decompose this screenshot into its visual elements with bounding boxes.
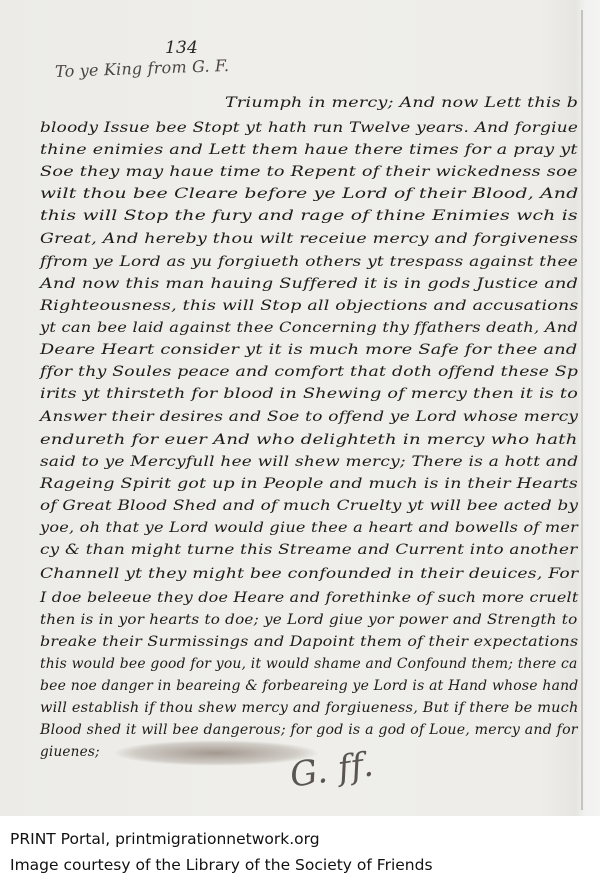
- manuscript-line: Answer their desires and Soe to offend y…: [40, 409, 578, 425]
- manuscript-line: ffor thy Soules peace and comfort that d…: [40, 364, 578, 380]
- manuscript-line: Deare Heart consider yt it is much more …: [40, 342, 577, 358]
- manuscript-line: yoe, oh that ye Lord would giue thee a h…: [40, 520, 578, 536]
- manuscript-line: will establish if thou shew mercy and fo…: [40, 700, 578, 716]
- manuscript-line: Triumph in mercy; And now Lett this b: [225, 95, 578, 111]
- manuscript-line: then is in yor hearts to doe; ye Lord gi…: [40, 612, 577, 628]
- manuscript-line: this will Stop the fury and rage of thin…: [40, 208, 578, 224]
- manuscript-line: of Great Blood Shed and of much Cruelty …: [40, 498, 578, 514]
- manuscript-line: I doe beleeue they doe Heare and forethi…: [40, 590, 578, 606]
- manuscript-line: cy & than might turne this Streame and C…: [40, 542, 577, 558]
- manuscript-line: Righteousness, this will Stop all object…: [40, 298, 579, 314]
- manuscript-line: Soe they may haue time to Repent of thei…: [40, 164, 578, 180]
- manuscript-line: Blood shed it will bee dangerous; for go…: [40, 722, 578, 738]
- caption-source: PRINT Portal, printmigrationnetwork.org: [10, 830, 320, 848]
- manuscript-line: irits yt thirsteth for blood in Shewing …: [40, 386, 578, 402]
- manuscript-line: bloody Issue bee Stopt yt hath run Twelv…: [40, 120, 578, 136]
- manuscript-line: thine enimies and Lett them haue there t…: [40, 142, 578, 158]
- manuscript-line: yt can bee laid against thee Concerning …: [40, 320, 578, 336]
- manuscript-line: ffrom ye Lord as yu forgiueth others yt …: [40, 254, 578, 270]
- letter-address: To ye King from G. F.: [55, 56, 230, 81]
- manuscript-line: And now this man hauing Suffered it is i…: [40, 276, 578, 292]
- manuscript-line: Great, And hereby thou wilt receiue merc…: [40, 231, 578, 247]
- manuscript-line: endureth for euer And who delighteth in …: [40, 432, 578, 448]
- manuscript-line: wilt thou bee Cleare before ye Lord of t…: [40, 186, 578, 202]
- manuscript-line: breake their Surmissings and Dapoint the…: [40, 634, 578, 650]
- manuscript-line: bee noe danger in beareing & forbeareing…: [40, 678, 578, 694]
- manuscript-page: 134 To ye King from G. F. Triumph in mer…: [0, 0, 600, 816]
- page-number: 134: [165, 38, 198, 58]
- manuscript-line: said to ye Mercyfull hee will shew mercy…: [40, 454, 578, 470]
- manuscript-line: giuenes;: [40, 744, 100, 760]
- manuscript-line: Rageing Spirit got up in People and much…: [40, 476, 578, 492]
- manuscript-line: Channell yt they might bee confounded in…: [40, 566, 578, 582]
- paper-edge: [581, 10, 583, 810]
- caption-credit: Image courtesy of the Library of the Soc…: [10, 856, 433, 874]
- manuscript-line: this would bee good for you, it would sh…: [40, 656, 578, 672]
